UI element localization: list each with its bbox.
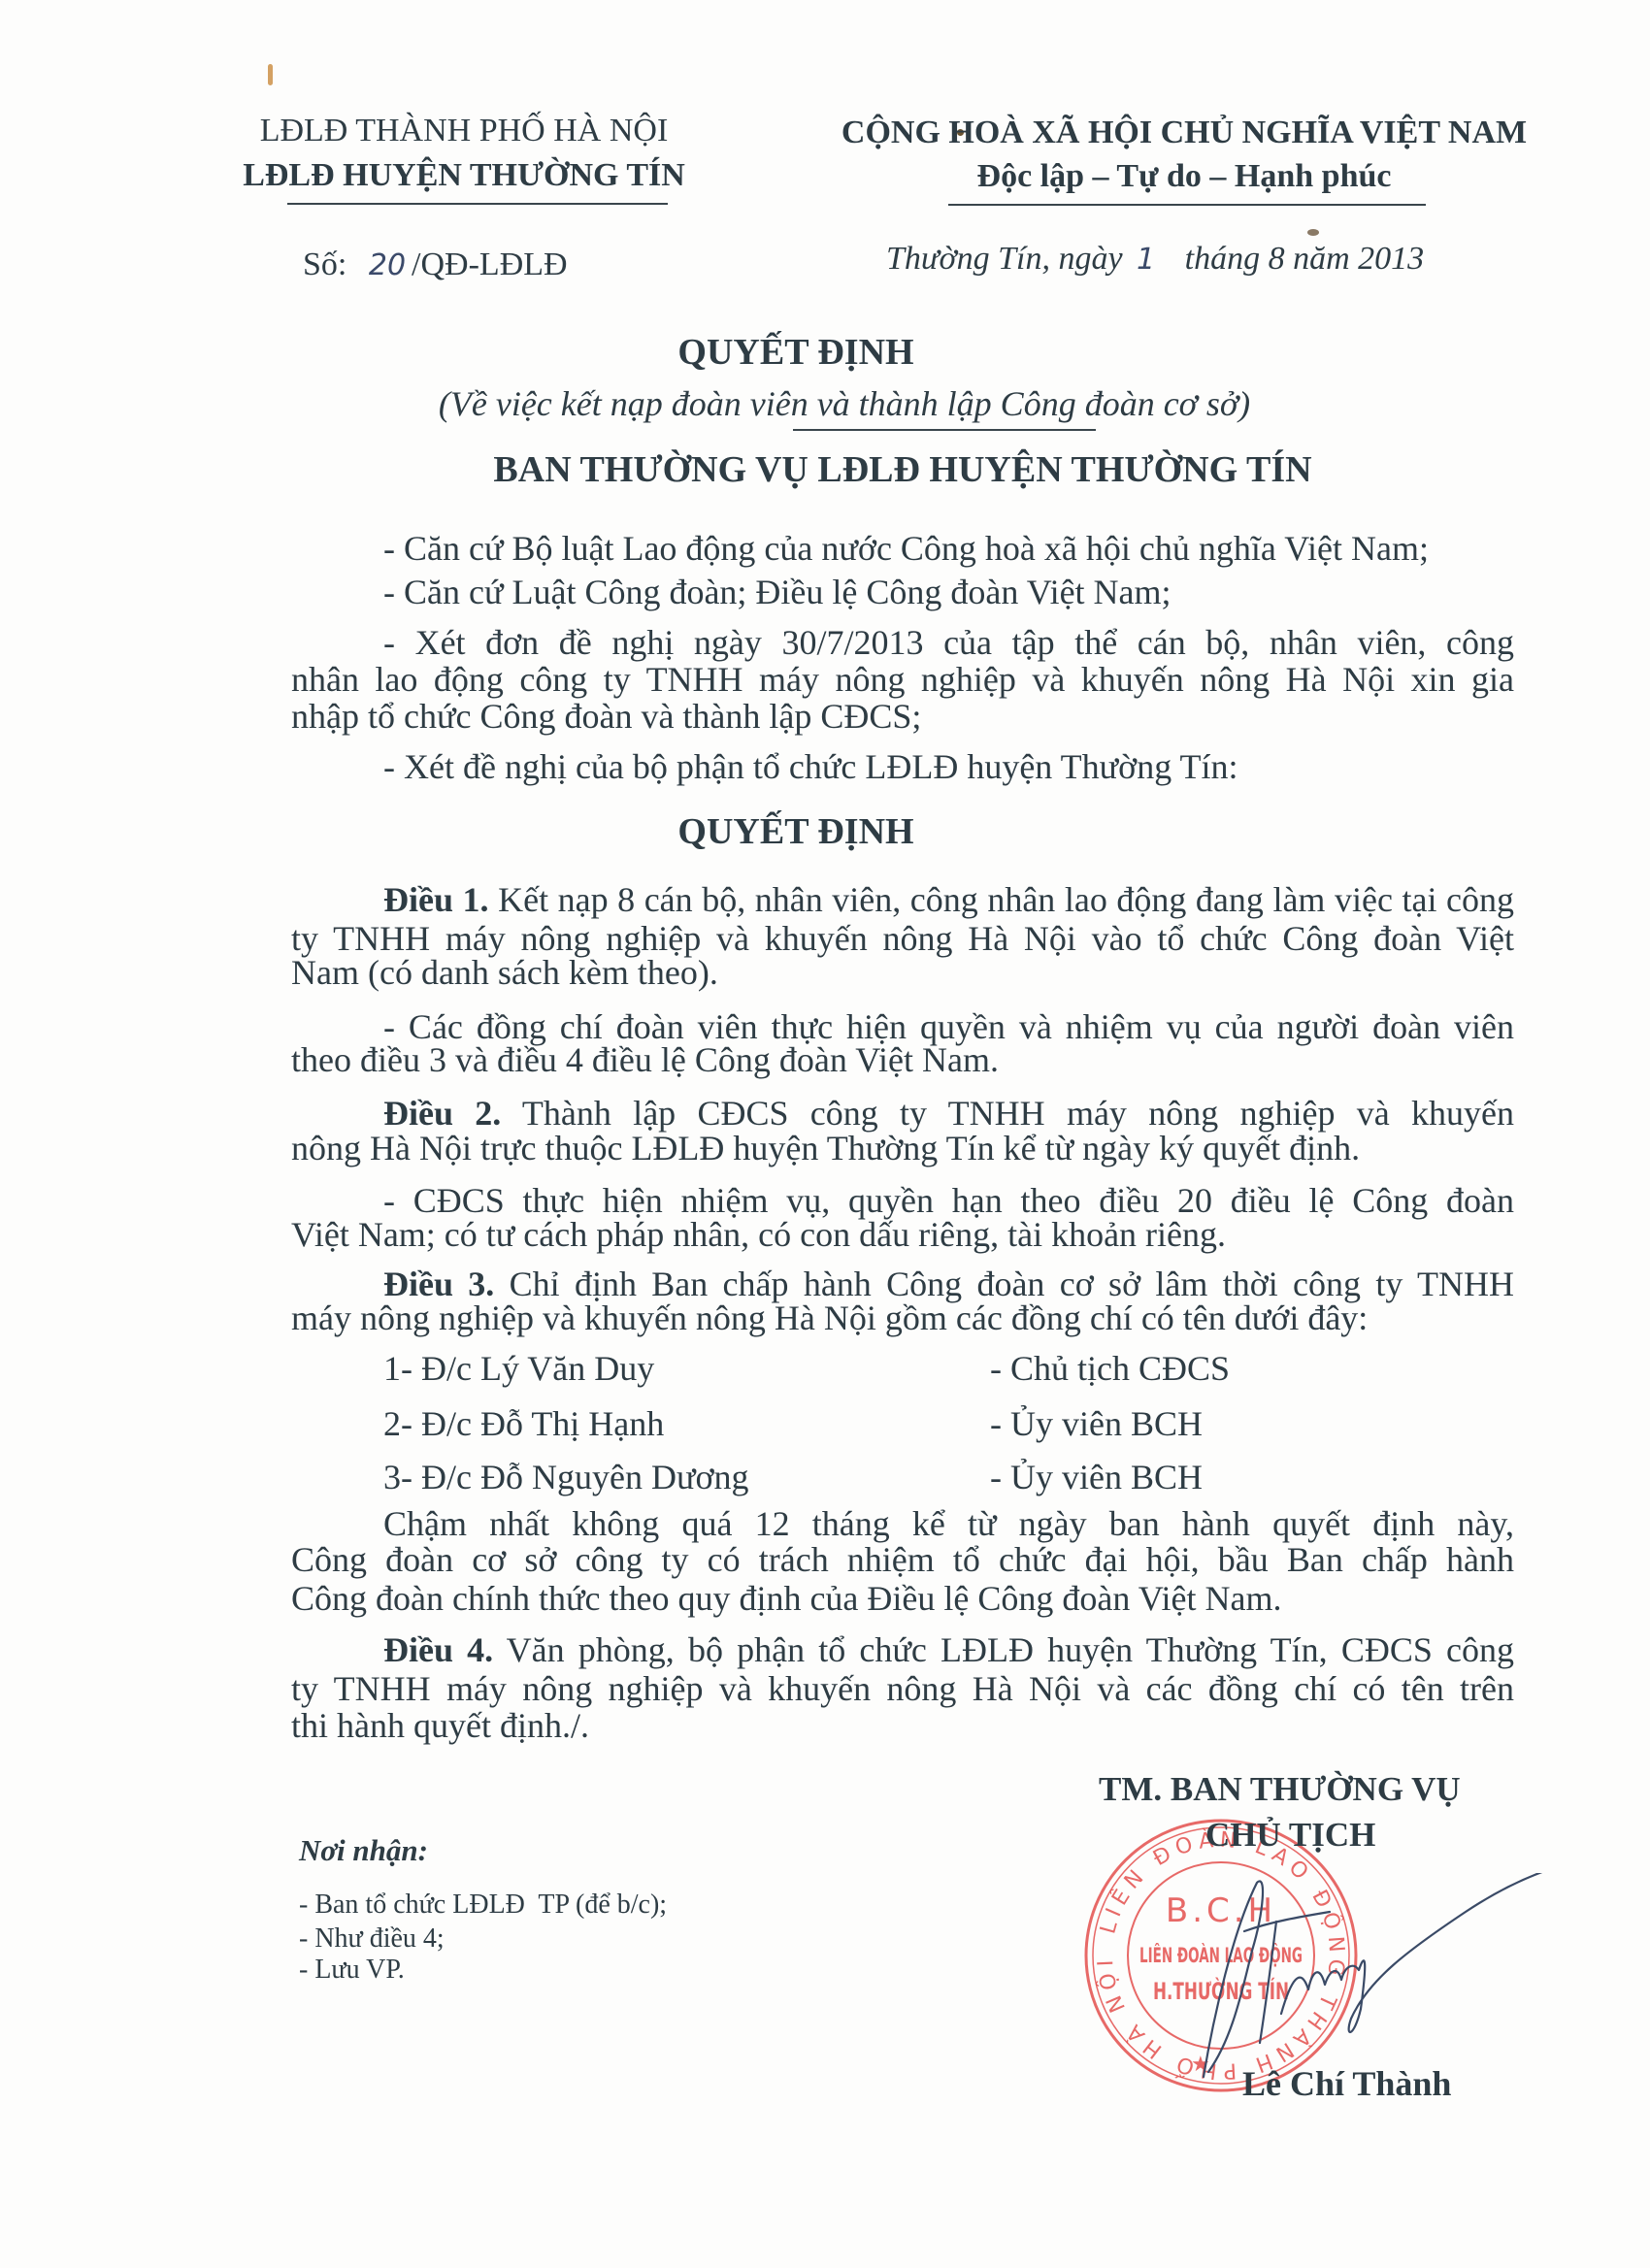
org-name: LĐLĐ HUYỆN THƯỜNG TÍN [212, 159, 716, 192]
number-label: Số: [303, 247, 346, 282]
article-1-line: Nam (có danh sách kèm theo). [291, 955, 718, 990]
org-underline [287, 203, 668, 205]
article-1-label: Điều 1. [383, 882, 489, 919]
article-1-line: theo điều 3 và điều 4 điều lệ Công đoàn … [291, 1042, 999, 1077]
scan-speck [268, 64, 273, 85]
date-prefix: Thường Tín, ngày [886, 241, 1123, 277]
signer-name: Lê Chí Thành [1242, 2066, 1451, 2101]
member-name: 1- Đ/c Lý Văn Duy [383, 1351, 654, 1386]
scan-speck [1307, 229, 1319, 236]
article-2-text: Thành lập CĐCS công ty TNHH máy nông ngh… [501, 1096, 1514, 1133]
article-4-label: Điều 4. [383, 1632, 493, 1669]
member-role: - Chủ tịch CĐCS [990, 1351, 1230, 1386]
article-4-line: thi hành quyết định./. [291, 1708, 589, 1743]
ground-line: nhập tổ chức Công đoàn và thành lập CĐCS… [291, 699, 921, 734]
article-3-closing: Công đoàn chính thức theo quy định của Đ… [291, 1581, 1282, 1616]
article-2-line: Việt Nam; có tư cách pháp nhân, có con d… [291, 1217, 1226, 1252]
article-2-label: Điều 2. [383, 1096, 501, 1133]
number-value: 20 [369, 248, 406, 282]
motto-underline [948, 204, 1426, 206]
article-1-text: Kết nạp 8 cán bộ, nhân viên, công nhân l… [489, 882, 1514, 919]
ground-line: - Căn cứ Luật Công đoàn; Điều lệ Công đo… [383, 575, 1171, 609]
recipient-item: - Như điều 4; [299, 1925, 445, 1953]
document-title: QUYẾT ĐỊNH [485, 334, 1106, 371]
recipients-heading: Nơi nhận: [299, 1835, 428, 1865]
handwritten-signature [1174, 1873, 1563, 2096]
article-4-text: Văn phòng, bộ phận tổ chức LĐLĐ huyện Th… [493, 1632, 1514, 1669]
date-day: 1 [1137, 243, 1155, 277]
national-title: CỘNG HOÀ XÃ HỘI CHỦ NGHĨA VIỆT NAM [776, 116, 1592, 149]
ground-line: - Căn cứ Bộ luật Lao động của nước Công … [383, 531, 1429, 566]
national-motto: Độc lập – Tự do – Hạnh phúc [912, 160, 1456, 193]
issuer-heading: BAN THƯỜNG VỤ LĐLĐ HUYỆN THƯỜNG TÍN [417, 451, 1388, 488]
document-number: Số: 20/QĐ-LĐLĐ [303, 248, 568, 281]
document-subtitle: (Về việc kết nạp đoàn viên và thành lập … [320, 386, 1369, 421]
subtitle-underline [793, 429, 1096, 431]
signature-position: CHỦ TỊCH [1205, 1818, 1375, 1852]
article-3-line: máy nông nghiệp và khuyến nông Hà Nội gồ… [291, 1300, 1368, 1335]
recipient-item: - Ban tổ chức LĐLĐ TP (để b/c); [299, 1891, 667, 1919]
place-date: Thường Tín, ngày 1 tháng 8 năm 2013 [886, 243, 1424, 276]
document-page: LĐLĐ THÀNH PHỐ HÀ NỘI LĐLĐ HUYỆN THƯỜNG … [0, 0, 1650, 2268]
ground-line: - Xét đề nghị của bộ phận tổ chức LĐLĐ h… [383, 749, 1238, 784]
signature-on-behalf: TM. BAN THƯỜNG VỤ [1099, 1772, 1461, 1806]
decision-heading: QUYẾT ĐỊNH [485, 813, 1106, 850]
member-name: 3- Đ/c Đỗ Nguyên Dương [383, 1460, 749, 1495]
date-suffix: tháng 8 năm 2013 [1185, 241, 1425, 277]
article-2-line: nông Hà Nội trực thuộc LĐLĐ huyện Thường… [291, 1131, 1360, 1166]
member-name: 2- Đ/c Đỗ Thị Hạnh [383, 1406, 664, 1441]
number-suffix: /QĐ-LĐLĐ [412, 247, 568, 282]
member-role: - Ủy viên BCH [990, 1460, 1203, 1495]
member-role: - Ủy viên BCH [990, 1406, 1203, 1441]
recipient-item: - Lưu VP. [299, 1956, 405, 1984]
org-parent: LĐLĐ THÀNH PHỐ HÀ NỘI [221, 115, 707, 148]
